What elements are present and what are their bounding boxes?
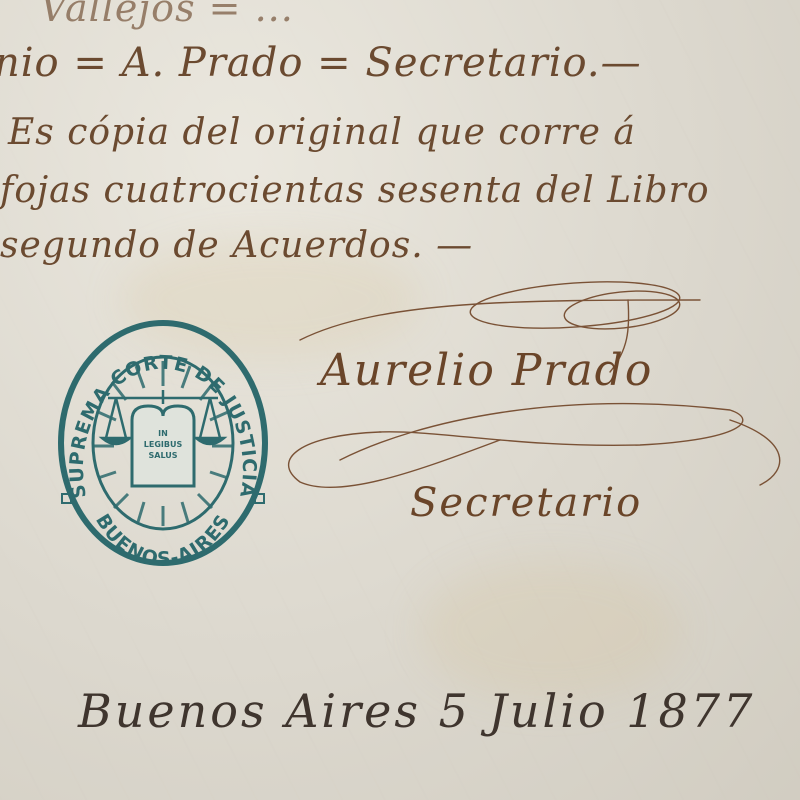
- handwritten-line-top-partial: Vallejos = ...: [40, 0, 294, 30]
- seal-motto-line-3: SALUS: [128, 450, 198, 461]
- seal-motto-line-2: LEGIBUS: [128, 439, 198, 450]
- handwritten-line-1: nio = A. Prado = Secretario.—: [0, 40, 642, 86]
- dateline: Buenos Aires 5 Julio 1877: [78, 684, 755, 738]
- seal-motto: IN LEGIBUS SALUS: [128, 428, 198, 461]
- seal-motto-line-1: IN: [128, 428, 198, 439]
- handwritten-line-2: Es cópia del original que corre á: [8, 112, 636, 153]
- signature-title: Secretario: [410, 480, 642, 526]
- signature-name: Aurelio Prado: [320, 345, 653, 396]
- paper-stain: [420, 560, 680, 700]
- handwritten-line-4: segundo de Acuerdos. —: [0, 225, 473, 266]
- court-seal-stamp: SUPREMA CORTE DE JUSTICIA BUENOS-AIRES I…: [56, 316, 270, 570]
- handwritten-line-3: fojas cuatrocientas sesenta del Libro: [0, 170, 710, 211]
